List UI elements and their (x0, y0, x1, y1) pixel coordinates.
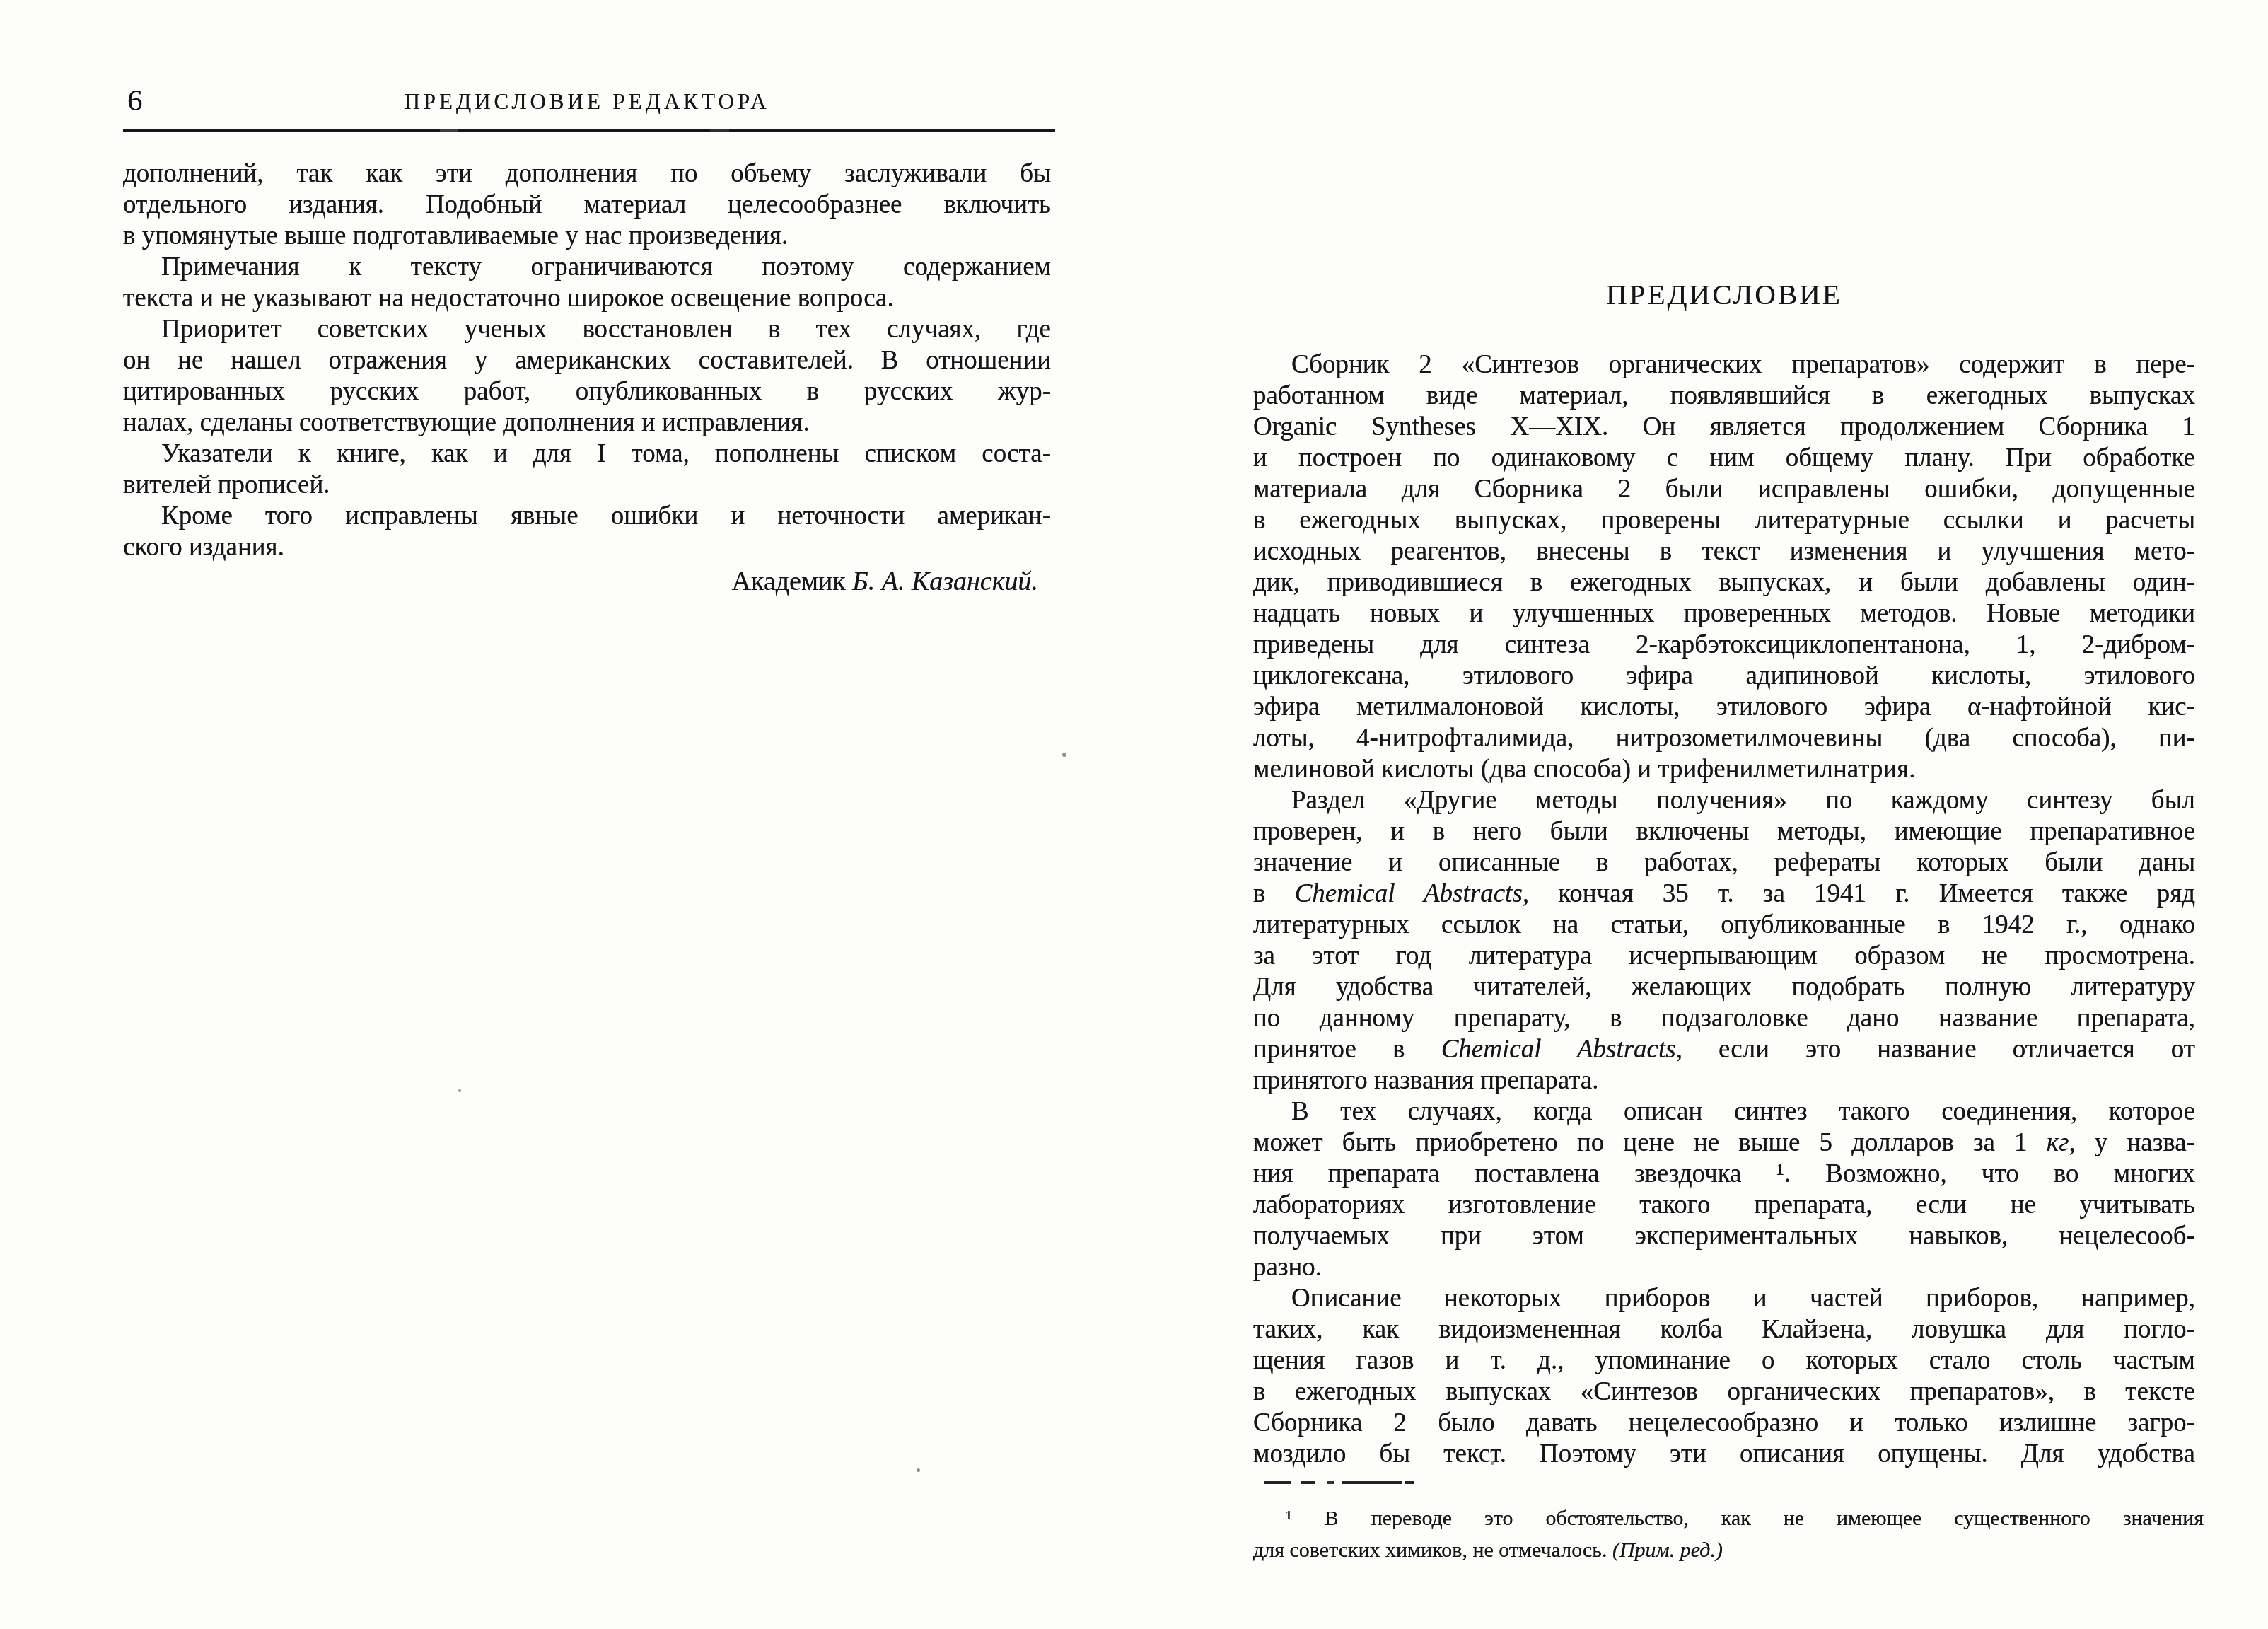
text-line: надцать новых и улучшенных проверенных м… (1253, 598, 2195, 630)
text-line: эфира метилмалоновой кислоты, этилового … (1253, 692, 2195, 723)
footnote-text: ¹ В переводе это обстоятельство, как не … (1253, 1502, 2204, 1566)
preface-title: ПРЕДИСЛОВИЕ (1253, 277, 2195, 311)
right-body-text: Сборник 2 «Синтезов органических препара… (1253, 349, 2195, 1470)
text-line: Раздел «Другие методы получения» по кажд… (1253, 785, 2195, 816)
scan-speck (917, 1468, 920, 1472)
text-line: в Chemical Abstracts, кончая 35 т. за 19… (1253, 879, 2195, 910)
text-line: текста и не указывают на недостаточно ши… (123, 283, 1051, 314)
text-line: ¹ В переводе это обстоятельство, как не … (1253, 1502, 2204, 1534)
text-line: Указатели к книге, как и для I тома, поп… (123, 439, 1051, 470)
text-line: в ежегодных выпусках «Синтезов органичес… (1253, 1376, 2195, 1408)
text-line: Описание некоторых приборов и частей при… (1253, 1283, 2195, 1314)
text-line: в упомянутые выше подготавливаемые у нас… (123, 221, 1051, 252)
text-line: Organic Syntheses X—XIX. Он является про… (1253, 412, 2195, 443)
text-line: Кроме того исправлены явные ошибки и нет… (123, 501, 1051, 532)
text-line: Сборник 2 «Синтезов органических препара… (1253, 349, 2195, 381)
text-line: Приоритет советских ученых восстановлен … (123, 314, 1051, 345)
scan-speck (458, 1089, 461, 1092)
text-line: за этот год литература исчерпывающим обр… (1253, 941, 2195, 972)
text-line: лоты, 4-нитрофталимида, нитрозометилмоче… (1253, 723, 2195, 754)
left-body-text: дополнений, так как эти дополнения по об… (123, 158, 1051, 563)
book-scan-spread: 6 ПРЕДИСЛОВИЕ РЕДАКТОРА дополнений, так … (0, 0, 2268, 1629)
text-line: ния препарата поставлена звездочка ¹. Во… (1253, 1159, 2195, 1190)
text-line: в ежегодных выпусках, проверены литерату… (1253, 505, 2195, 536)
editor-signature: Академик Б. А. Казанский. (123, 566, 1051, 597)
text-line: дик, приводившиеся в ежегодных выпусках,… (1253, 567, 2195, 598)
text-line: получаемых при этом экспериментальных на… (1253, 1221, 2195, 1252)
text-line: В тех случаях, когда описан синтез таког… (1253, 1096, 2195, 1127)
text-line: исходных реагентов, внесены в текст изме… (1253, 536, 2195, 567)
text-line: принятого названия препарата. (1253, 1065, 2195, 1096)
text-line: принятое в Chemical Abstracts, если это … (1253, 1034, 2195, 1065)
text-line: может быть приобретено по цене не выше 5… (1253, 1127, 2195, 1159)
text-line: щения газов и т. д., упоминание о которы… (1253, 1345, 2195, 1376)
scan-speck (2098, 798, 2100, 801)
text-line: ского издания. (123, 532, 1051, 563)
text-line: и построен по одинаковому с ним общему п… (1253, 443, 2195, 474)
text-line: отдельного издания. Подобный материал це… (123, 190, 1051, 221)
header-rule (123, 129, 1055, 132)
text-line: по данному препарату, в подзаголовке дан… (1253, 1003, 2195, 1034)
footnote-rule (1264, 1481, 1414, 1484)
text-line: приведены для синтеза 2-карбэтоксициклоп… (1253, 630, 2195, 661)
text-line: разно. (1253, 1252, 2195, 1283)
text-line: вителей прописей. (123, 470, 1051, 501)
text-line: циклогексана, этилового эфира адипиновой… (1253, 661, 2195, 692)
text-line: лабораториях изготовление такого препара… (1253, 1190, 2195, 1221)
text-line: цитированных русских работ, опубликованн… (123, 376, 1051, 407)
text-line: Примечания к тексту ограничиваются поэто… (123, 252, 1051, 283)
text-line: материала для Сборника 2 были исправлены… (1253, 474, 2195, 505)
text-line: Сборника 2 было давать нецелесообразно и… (1253, 1408, 2195, 1439)
text-line: дополнений, так как эти дополнения по об… (123, 158, 1051, 190)
running-head: ПРЕДИСЛОВИЕ РЕДАКТОРА (123, 89, 1051, 115)
text-line: моздило бы текст. Поэтому эти описания о… (1253, 1439, 2195, 1470)
text-line: значение и описанные в работах, рефераты… (1253, 847, 2195, 879)
text-line: таких, как видоизмененная колба Клайзена… (1253, 1314, 2195, 1345)
text-line: налах, сделаны соответствующие дополнени… (123, 407, 1051, 439)
scan-speck (1062, 753, 1066, 757)
text-line: проверен, и в него были включены методы,… (1253, 816, 2195, 847)
text-line: для советских химиков, не отмечалось. (П… (1253, 1534, 2204, 1566)
text-line: Для удобства читателей, желающих подобра… (1253, 972, 2195, 1003)
scan-speck (1491, 1461, 1494, 1465)
text-line: он не нашел отражения у американских сос… (123, 345, 1051, 376)
text-line: мелиновой кислоты (два способа) и трифен… (1253, 754, 2195, 785)
text-line: литературных ссылок на статьи, опубликов… (1253, 910, 2195, 941)
text-line: работанном виде материал, появлявшийся в… (1253, 381, 2195, 412)
